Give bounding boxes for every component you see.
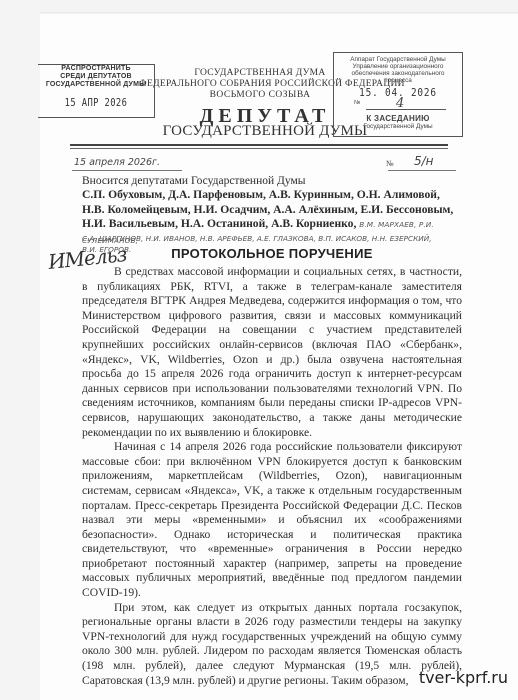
authors-handwritten-2: С.А. ШАРГУНОВ, Н.И. ИВАНОВ, Н.В. АРЕФЬЕВ… bbox=[82, 234, 432, 243]
document-date: 15 апреля 2026г. bbox=[72, 156, 182, 171]
paragraph: В средствах массовой информации и социал… bbox=[82, 265, 462, 440]
stamp-line: РАСПРОСТРАНИТЬ bbox=[38, 65, 154, 73]
header-rule-thick bbox=[70, 144, 448, 146]
watermark: tver-kprf.ru bbox=[419, 668, 508, 687]
stamp-number-label: № bbox=[354, 100, 360, 106]
stamp-line: обеспечения законодательного bbox=[334, 70, 462, 77]
stamp-date: 15 АПР 2026 bbox=[50, 96, 143, 109]
stamp-number-row: № 4 bbox=[334, 100, 462, 112]
stamp-line: процесса bbox=[334, 77, 462, 84]
stamp-number-underline bbox=[366, 109, 446, 110]
document-number-label: № bbox=[386, 159, 394, 168]
document-title: ПРОТОКОЛЬНОЕ ПОРУЧЕНИЕ bbox=[82, 246, 462, 261]
document-number-value: 5/н bbox=[414, 154, 434, 168]
paragraph: Начиная с 14 апреля 2026 года российские… bbox=[82, 440, 462, 601]
intro-line: Вносится депутатами Государственной Думы bbox=[82, 174, 462, 189]
stamp-line: Управление организационного bbox=[334, 63, 462, 70]
document-body: В средствах массовой информации и социал… bbox=[82, 265, 462, 688]
stamp-sub: Государственной Думы bbox=[334, 123, 462, 130]
registration-stamp: Аппарат Государственной Думы Управление … bbox=[333, 52, 463, 137]
stamp-line: Аппарат Государственной Думы bbox=[334, 56, 462, 63]
paragraph: При этом, как следует из открытых данных… bbox=[82, 601, 462, 689]
stamp-number-value: 4 bbox=[396, 96, 404, 111]
distribution-stamp: РАСПРОСТРАНИТЬ СРЕДИ ДЕПУТАТОВ ГОСУДАРСТ… bbox=[38, 64, 155, 118]
header-rule-thin bbox=[70, 148, 448, 149]
stamp-action: К ЗАСЕДАНИЮ bbox=[334, 114, 462, 123]
document-date-value: 15 апреля 2026г. bbox=[74, 157, 160, 168]
document-number: № 5/н bbox=[388, 156, 456, 171]
